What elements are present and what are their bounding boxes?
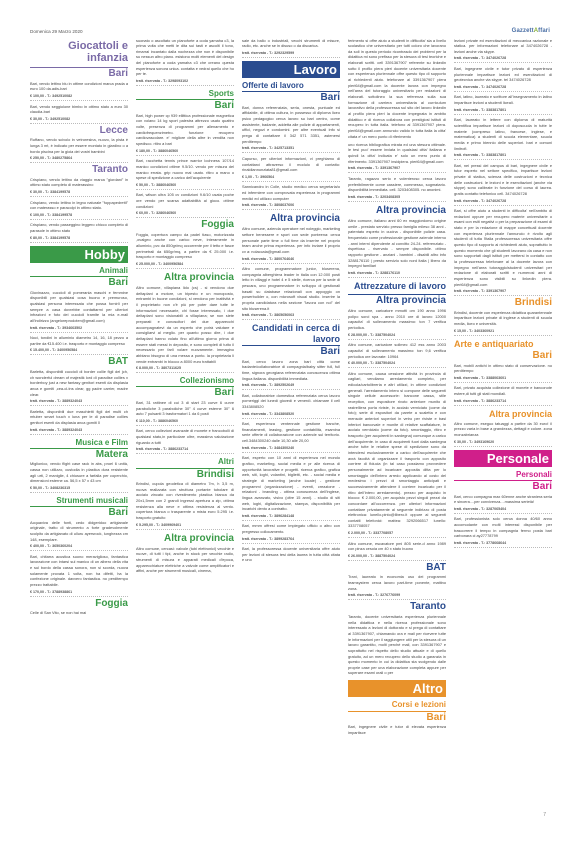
ad-price-phone: tratt. riservata - T.: 3474026728 xyxy=(454,198,552,206)
ad-price-phone: tratt. riservata - T.: 3886233714 xyxy=(136,446,234,454)
subcategory-altra-provincia: Altra provincia xyxy=(136,533,234,545)
classified-ad-text: sale da ballo o industriali, vecchi stru… xyxy=(242,36,340,50)
subcategory-musica: Musica e Film xyxy=(30,438,128,447)
classified-ad-text: uno ricerca bibliografica mirata ed una … xyxy=(348,140,446,165)
ad-list: ferimento si offre aiuto a studenti in d… xyxy=(348,36,446,202)
classified-ad-text: Altro comune, programmatore junior, blus… xyxy=(242,265,340,313)
classified-ad-text: Trani, laureato in economia uso dei prog… xyxy=(348,573,446,592)
city-heading: Bari xyxy=(136,99,234,111)
ad-price-phone: € 250,00 - T.: 3480275864 xyxy=(30,155,128,163)
classified-ad-text: Bari, esperto con 10 anni di esperienza … xyxy=(242,454,340,513)
classified-ad-text: Foggia, copertura campo da padel tiaso, … xyxy=(136,230,234,261)
classified-ad-text: Barletta, disponibili cuccioli di border… xyxy=(30,367,128,398)
ad-price-phone: tratt. riservata - T.: 3889324043 xyxy=(30,398,128,406)
ad-price-phone: tratt. riservata - T.: 3383817801 xyxy=(454,152,552,160)
classified-ad-text: Bari, nei pressi del campus di bari, ing… xyxy=(454,161,552,197)
city-heading: Lecce xyxy=(30,125,128,136)
page-header: Domenica 29 Marzo 2020 GazzettAffari xyxy=(30,24,550,34)
ad-price-phone: € 2.000,00 - T.: 3337708057 xyxy=(348,530,446,538)
subcategory-personali: Personali xyxy=(454,470,552,479)
ad-list: Giovinazzo, cuccioli di pomerania maschi… xyxy=(30,288,128,355)
classified-ad-text: Capurso, per ulteriori informazioni, vi … xyxy=(242,154,340,173)
ad-price-phone: € 8.000,00 - T.: 3807311625 xyxy=(136,365,234,373)
ad-list: Brindisi, docente con esperienza didatti… xyxy=(454,308,552,335)
classified-ad-text: Miglionico, vendo flight case rack in ab… xyxy=(30,460,128,485)
city-heading: Bari xyxy=(348,711,446,723)
city-heading: BAT xyxy=(348,562,446,573)
classified-ad-text: Bari, wilson ultra 105 cv condizioni 9.6… xyxy=(136,191,234,210)
ad-price-phone: € 180,00 - T.: 3886046560 xyxy=(136,148,234,156)
ad-price-phone: € 110,00 - T.: 3886046560 xyxy=(136,418,234,426)
ad-price-phone: € 5.295,00 - T.: 3409969401 xyxy=(136,522,234,530)
ad-list: Altro comune, caricatore mmotti om 190 a… xyxy=(348,307,446,561)
ad-price-phone: tratt. riservata - T.: 3276776099 xyxy=(348,592,446,600)
classified-ad-text: Bari, privato acquista collezione di mon… xyxy=(454,384,552,398)
ad-price-phone: tratt. riservata - T.: 3896284148 xyxy=(242,513,340,521)
ad-price-phone: tratt. riservata - T.: 3934663502 xyxy=(30,325,128,333)
city-heading: Foggia xyxy=(136,219,234,230)
city-heading: Foggia xyxy=(30,598,128,609)
column-4: ferimento si offre aiuto a studenti in d… xyxy=(348,36,446,806)
classified-ad-text: lezioni private ed esercitazioni di mecc… xyxy=(454,36,552,55)
subcategory-corsi: Corsi e lezioni xyxy=(348,700,446,709)
classified-ad-text: Crispiano, vendo lettino da viaggio marc… xyxy=(30,175,128,189)
ad-list: Altro comune, cercasi: valvole (tubi ele… xyxy=(136,544,234,575)
ad-list: Trani, laureato in economia uso dei prog… xyxy=(348,573,446,600)
ad-price-phone: tratt. riservata - T.: 3287065404 xyxy=(454,506,552,514)
city-heading: Matera xyxy=(30,448,128,460)
city-heading: Bari xyxy=(30,276,128,288)
ad-price-phone: € 30,00 - T.: 3493169620 xyxy=(454,439,552,447)
subcategory-altra-provincia: Altra provincia xyxy=(242,213,340,225)
ad-price-phone: tratt. riservata - T.: 3899283764 xyxy=(242,536,340,544)
classified-ad-text: Altro comune, azienda operatore nel nole… xyxy=(242,225,340,256)
classified-ad-text: ferimento si offre aiuto a studenti in d… xyxy=(348,36,446,140)
classified-ad-text: Bari, la professoressa docente universit… xyxy=(242,545,340,564)
city-heading: Bari xyxy=(454,480,552,492)
ad-price-phone: tratt. riservata - T.: 3425713351 xyxy=(242,145,340,153)
ad-price-phone: € 60,00 - T.: 3286046560 xyxy=(136,210,234,218)
city-heading: Bari xyxy=(454,350,552,361)
ad-price-phone: € 15,00 - T.: 3403360921 xyxy=(454,328,552,336)
classified-ad-text: Bari, racchetta tennis prince warrior lo… xyxy=(136,157,234,182)
subcategory-altri: Altri xyxy=(136,457,234,466)
ad-list: Bari, 31 rattinee di cui 3 di start 23 c… xyxy=(136,398,234,454)
ad-price-phone: tratt. riservata - T.: 3865656063 xyxy=(242,312,340,320)
section-banner-altro: Altro xyxy=(348,680,446,697)
subcategory-altra-provincia: Altra provincia xyxy=(454,409,552,419)
ad-price-phone: tratt. riservata - T.: 3474026728 xyxy=(454,55,552,63)
ad-list: Bari, ingegnere civile e tutor di elevat… xyxy=(348,723,446,737)
ad-list: Bari, donna referenziata, seria, onesta,… xyxy=(242,103,340,210)
city-heading: Bari xyxy=(136,386,234,398)
section-banner-lavoro: Lavoro xyxy=(242,61,340,78)
ad-price-phone: tratt. riservata - T.: 3343808520 xyxy=(242,411,340,419)
ad-price-phone: tratt. riservata - T.: 3292329599 xyxy=(242,50,340,58)
classified-ad-text: Altro comune, italiano anni 60 ex maggio… xyxy=(348,216,446,269)
ad-price-phone: tratt. riservata - T.: 3298093102 xyxy=(136,78,234,86)
section-banner-hobby: Hobby xyxy=(30,246,128,263)
subcategory-offerte: Offerte di lavoro xyxy=(242,81,340,90)
city-heading: Bari xyxy=(30,506,128,518)
ad-list: Bari, mobili antichi in ottimo stato di … xyxy=(454,361,552,406)
ad-price-phone: € 40.000,00 - T.: 3387504024 xyxy=(348,360,446,368)
ad-list: Altro comune, italiano anni 60 ex maggio… xyxy=(348,216,446,277)
ad-price-phone: tratt. riservata - T.: 3808637606 xyxy=(242,202,340,210)
subcategory-collezionismo: Collezionismo xyxy=(136,376,234,385)
classified-ad-text: Altro comune, causa cessione attività in… xyxy=(348,369,446,530)
ad-price-phone: tratt. riservata - T.: 3203408305 xyxy=(348,194,446,202)
classified-ad-text: Bari, donna referenziata, seria, onesta,… xyxy=(242,103,340,145)
classified-ad-text: Bari, esperienza ventennale gestione ban… xyxy=(242,420,340,445)
city-heading: Brindisi xyxy=(454,297,552,308)
ad-list: sale da ballo o industriali, vecchi stru… xyxy=(242,36,340,58)
ad-list: Bari, cerco lavoro zona bari città come … xyxy=(242,357,340,564)
ad-price-phone: tratt. riservata - T.: 3892502649 xyxy=(242,382,340,390)
ad-price-phone: tratt. riservata - T.: 3383817801 xyxy=(454,107,552,115)
classified-ad-text: Noci, tondini in alluminio diametro 14, … xyxy=(30,334,128,348)
ad-price-phone: tratt. riservata - T.: 3288176110 xyxy=(348,270,446,278)
column-3: sale da ballo o industriali, vecchi stru… xyxy=(242,36,340,806)
ad-list: Bari, high power cp 939 ellittica profes… xyxy=(136,111,234,218)
ad-list: Crispiano, vendo lettino da viaggio marc… xyxy=(30,175,128,242)
brand-logo: GazzettAffari xyxy=(512,28,550,34)
classified-ad-text: Bari, collaboratrice domestica referenzi… xyxy=(242,391,340,410)
section-banner-personale: Personale xyxy=(454,450,552,467)
classifieds-columns: Giocattoli e infanzia Bari Bari, vendo l… xyxy=(30,36,554,806)
subcategory-candidati: Candidati in cerca di lavoro xyxy=(242,323,340,344)
classified-ad-text: Bari, ingegnere civile e tutor di elevat… xyxy=(348,723,446,737)
classified-ad-text: Bari, cerco compagna max 60enne anche st… xyxy=(454,492,552,506)
city-heading: Bari xyxy=(242,91,340,103)
city-heading: Brindisi xyxy=(136,468,234,480)
classified-ad-text: Altro comune, escavatore pmi 805 serie-d… xyxy=(348,539,446,553)
subcategory-attrezzature: Attrezzature di lavoro xyxy=(348,281,446,291)
ad-list: suonato o ascoltato un pianoforte a coda… xyxy=(136,36,234,86)
ad-price-phone: € 50,00 - T.: 3408236315 xyxy=(30,485,128,493)
classified-ad-text: Bari, latino, laureato e scrittore all'i… xyxy=(454,93,552,107)
subcategory-altra-provincia: Altra provincia xyxy=(348,294,446,307)
column-2: suonato o ascoltato un pianoforte a coda… xyxy=(136,36,234,806)
ad-price-phone: € 170,00 - T.: 3788938861 xyxy=(30,589,128,597)
ad-list: Altro comune, azienda operatore nel nole… xyxy=(242,225,340,321)
ad-price-phone: tratt. riservata - T.: 3391367907 xyxy=(454,288,552,296)
category-giocattoli: Giocattoli e infanzia xyxy=(30,40,128,66)
classified-ad-text: Bari, si offre aiuto a studenti in diffi… xyxy=(454,207,552,289)
ad-price-phone: tratt. riservata - T.: 3474026728 xyxy=(454,84,552,92)
ad-price-phone: tratt. riservata - T.: 3391367907 xyxy=(348,165,446,173)
city-heading: Bari xyxy=(242,345,340,357)
classified-ad-text: Giovinazzo, cuccioli di pomerania maschi… xyxy=(30,288,128,324)
ad-list: Barletta, disponibili cuccioli di border… xyxy=(30,367,128,434)
city-heading: Taranto xyxy=(30,164,128,175)
ad-price-phone: € 100,00 - T.: 3492510082 xyxy=(30,93,128,101)
classified-ad-text: Bari, professionista solo cerca donna 40… xyxy=(454,515,552,540)
subcategory-altra-provincia: Altra provincia xyxy=(348,205,446,217)
ad-price-phone: tratt. riservata - T.: 3778668644 xyxy=(454,540,552,548)
ad-price-phone: tratt. riservata - T.: 3889324043 xyxy=(30,427,128,435)
ad-list: lezioni private ed esercitazioni di mecc… xyxy=(454,36,552,296)
classified-ad-text: Bari, ingegnere civile e tutor privato d… xyxy=(454,64,552,83)
classified-ad-text: Bari, laureato in lettere con diploma di… xyxy=(454,116,552,152)
ad-price-phone: € 25.000,00 - T.: 3400956584 xyxy=(136,261,234,269)
ad-price-phone: tratt. riservata - T.: 3800764646 xyxy=(242,256,340,264)
classified-ad-text: Altro comune, caricatore sollmec 412 ess… xyxy=(348,341,446,360)
column-5: lezioni private ed esercitazioni di mecc… xyxy=(454,36,552,806)
subcategory-animali: Animali xyxy=(30,266,128,275)
ad-price-phone: € 400,00 - T.: 3650360204 xyxy=(30,543,128,551)
classified-ad-text: Altro comune, eseguo tatuaggi a partire … xyxy=(454,419,552,438)
ad-price-phone: € 30,00 - T.: 3384199578 xyxy=(30,189,128,197)
ad-list: Altro comune, villapiana lido (cs) - si … xyxy=(136,284,234,374)
ad-price-phone: € 30,00 - T.: 3492510082 xyxy=(30,116,128,124)
ad-price-phone: tratt. riservata - T.: 3484300240 xyxy=(242,445,340,453)
classified-ad-text: Bari, cerco collezioni avanzate di monet… xyxy=(136,427,234,446)
city-heading: Bari xyxy=(30,67,128,79)
classified-ad-text: Sannicandro in Colle, studio medico cerc… xyxy=(242,183,340,202)
subcategory-altra-provincia: Altra provincia xyxy=(136,272,234,284)
classified-ad-text: Altro comune, caricatore mmotti om 190 a… xyxy=(348,307,446,332)
classified-ad-text: Barletta, disponibili due maschietti fig… xyxy=(30,407,128,426)
classified-ad-text: suonato o ascoltato un pianoforte a coda… xyxy=(136,36,234,78)
ad-list: Bari, vendo lettino blu in ottime condiz… xyxy=(30,79,128,124)
ad-price-phone: tratt. riservata - T.: 3886233714 xyxy=(454,398,552,406)
page-number: 7 xyxy=(543,812,546,818)
ad-list: Taranto, docente universitaria esperienz… xyxy=(348,612,446,677)
classified-ad-text: Acquaviva delle fonti, cedo didgeridoo a… xyxy=(30,518,128,543)
classified-ad-text: Bari, vendo seggiolone bimbo in ottimo s… xyxy=(30,102,128,116)
city-heading: Taranto xyxy=(348,601,446,612)
subcategory-sports: Sports xyxy=(136,89,234,98)
classified-ad-text: Bari, cerco lavoro zona bari città come … xyxy=(242,357,340,382)
city-heading: BAT xyxy=(30,356,128,367)
ad-list: Miglionico, vendo flight case rack in ab… xyxy=(30,460,128,493)
classified-ad-text: Bari, mobili antichi in ottimo stato di … xyxy=(454,361,552,375)
classified-ad-text: Altro comune, villapiana lido (cs) - si … xyxy=(136,284,234,366)
classified-ad-text: Bari, high power cp 939 ellittica profes… xyxy=(136,111,234,147)
ad-price-phone: € 26.000,00 - T.: 3887504024 xyxy=(348,553,446,561)
ad-list: Foggia, copertura campo da padel tiaso, … xyxy=(136,230,234,269)
classified-ad-text: Celle di San Vito, se non hai mai xyxy=(30,609,128,617)
ad-list: Celle di San Vito, se non hai mai xyxy=(30,609,128,617)
classified-ad-text: Crispiano, vendo lettino in legno natura… xyxy=(30,198,128,212)
classified-ad-text: Bari, chitarra acustica suono meraviglio… xyxy=(30,552,128,588)
ad-price-phone: € 100,00 - T.: 3384199578 xyxy=(30,212,128,220)
classified-ad-text: Crispiano, vendo passeggino leggero chic… xyxy=(30,221,128,235)
column-1: Giocattoli e infanzia Bari Bari, vendo l… xyxy=(30,36,128,806)
classified-ad-text: Taranto, ragazzo serio e volenteroso cer… xyxy=(348,174,446,193)
classified-ad-text: Altro comune, cercasi: valvole (tubi ele… xyxy=(136,544,234,575)
ad-price-phone: € 1,00 - T.: 3966564 xyxy=(242,174,340,182)
ad-price-phone: € 50,00 - T.: 3886046560 xyxy=(136,182,234,190)
ad-price-phone: € 15.400,00 - T.: 3400956584 xyxy=(30,347,128,355)
classified-ad-text: Brindisi, docente con esperienza didatti… xyxy=(454,308,552,327)
classified-ad-text: Bari, 31 rattinee di cui 3 di start 23 c… xyxy=(136,398,234,417)
classified-ad-text: Taranto, docente universitaria esperienz… xyxy=(348,612,446,677)
subcategory-arte: Arte e antiquariato xyxy=(454,339,552,349)
issue-date: Domenica 29 Marzo 2020 xyxy=(30,29,83,34)
ad-list: Altro comune, eseguo tatuaggi a partire … xyxy=(454,419,552,446)
classified-ad-text: Bari, vendo lettino blu in ottime condiz… xyxy=(30,79,128,93)
ad-price-phone: € 28.000,00 - T.: 3387504024 xyxy=(348,332,446,340)
ad-price-phone: tratt. riservata - T.: 3388063601 xyxy=(454,375,552,383)
subcategory-strumenti: Strumenti musicali xyxy=(30,496,128,505)
ad-list: Bari, cerco compagna max 60enne anche st… xyxy=(454,492,552,548)
ad-price-phone: € 80,00 - T.: 3384199578 xyxy=(30,235,128,243)
ad-list: Ruffano, vendo scivolo in vetroresina, n… xyxy=(30,136,128,163)
classified-ad-text: Ruffano, vendo scivolo in vetroresina, n… xyxy=(30,136,128,155)
ad-list: Acquaviva delle fonti, cedo didgeridoo a… xyxy=(30,518,128,597)
classified-ad-text: Brindisi, cupola geodetica di diametro 7… xyxy=(136,480,234,522)
ad-list: Brindisi, cupola geodetica di diametro 7… xyxy=(136,480,234,530)
classified-ad-text: Bari, mmm offresi come impiegato ufficio… xyxy=(242,522,340,536)
